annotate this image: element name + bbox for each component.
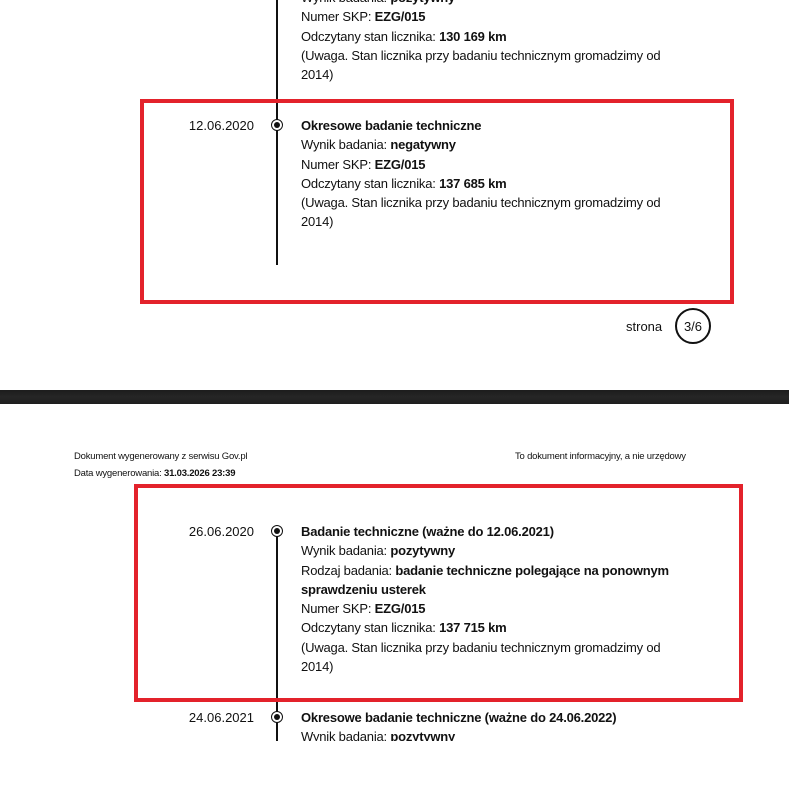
result-row: Wynik badania: pozytywny	[301, 0, 681, 7]
entry-date: 24.06.2021	[164, 708, 254, 727]
inspection-entry: Badanie techniczne (ważne do 12.06.2021)…	[301, 522, 701, 676]
inspection-entry-next: Okresowe badanie techniczne (ważne do 24…	[301, 708, 721, 741]
odometer-note: (Uwaga. Stan licznika przy badaniu techn…	[301, 638, 701, 677]
type-row: Rodzaj badania: badanie techniczne poleg…	[301, 561, 701, 600]
skp-row: Numer SKP: EZG/015	[301, 7, 681, 26]
inspection-entry: Okresowe badanie techniczne Wynik badani…	[301, 116, 681, 232]
odometer-row: Odczytany stan licznika: 137 715 km	[301, 618, 701, 637]
timeline-dot-icon	[271, 119, 283, 131]
entry-title: Okresowe badanie techniczne (ważne do 24…	[301, 708, 721, 727]
odometer-note: (Uwaga. Stan licznika przy badaniu techn…	[301, 193, 681, 232]
page-number-badge: 3/6	[675, 308, 711, 344]
entry-date: 26.06.2020	[164, 522, 254, 541]
odometer-row: Odczytany stan licznika: 130 169 km	[301, 27, 681, 46]
page-number: 3/6	[684, 319, 702, 334]
result-row: Wynik badania: pozytywny	[301, 541, 701, 560]
entry-title: Okresowe badanie techniczne	[301, 116, 681, 135]
result-row: Wynik badania: pozytywny	[301, 727, 721, 741]
page-label: strona	[626, 317, 662, 336]
header-generated-date: Data wygenerowania: 31.03.2026 23:39	[74, 465, 235, 482]
document-page-4: Dokument wygenerowany z serwisu Gov.pl D…	[0, 404, 789, 741]
entry-title: Badanie techniczne (ważne do 12.06.2021)	[301, 522, 701, 541]
inspection-entry-partial: Wynik badania: pozytywny Numer SKP: EZG/…	[301, 0, 681, 84]
timeline-dot-icon	[271, 711, 283, 723]
page-separator	[0, 390, 789, 404]
skp-row: Numer SKP: EZG/015	[301, 155, 681, 174]
result-row: Wynik badania: negatywny	[301, 135, 681, 154]
header-source: Dokument wygenerowany z serwisu Gov.pl	[74, 448, 247, 465]
timeline-dot-icon	[271, 525, 283, 537]
header-disclaimer: To dokument informacyjny, a nie urzędowy	[515, 448, 686, 465]
document-page-3: Wynik badania: pozytywny Numer SKP: EZG/…	[0, 0, 789, 390]
odometer-note: (Uwaga. Stan licznika przy badaniu techn…	[301, 46, 681, 85]
skp-row: Numer SKP: EZG/015	[301, 599, 701, 618]
entry-date: 12.06.2020	[164, 116, 254, 135]
odometer-row: Odczytany stan licznika: 137 685 km	[301, 174, 681, 193]
